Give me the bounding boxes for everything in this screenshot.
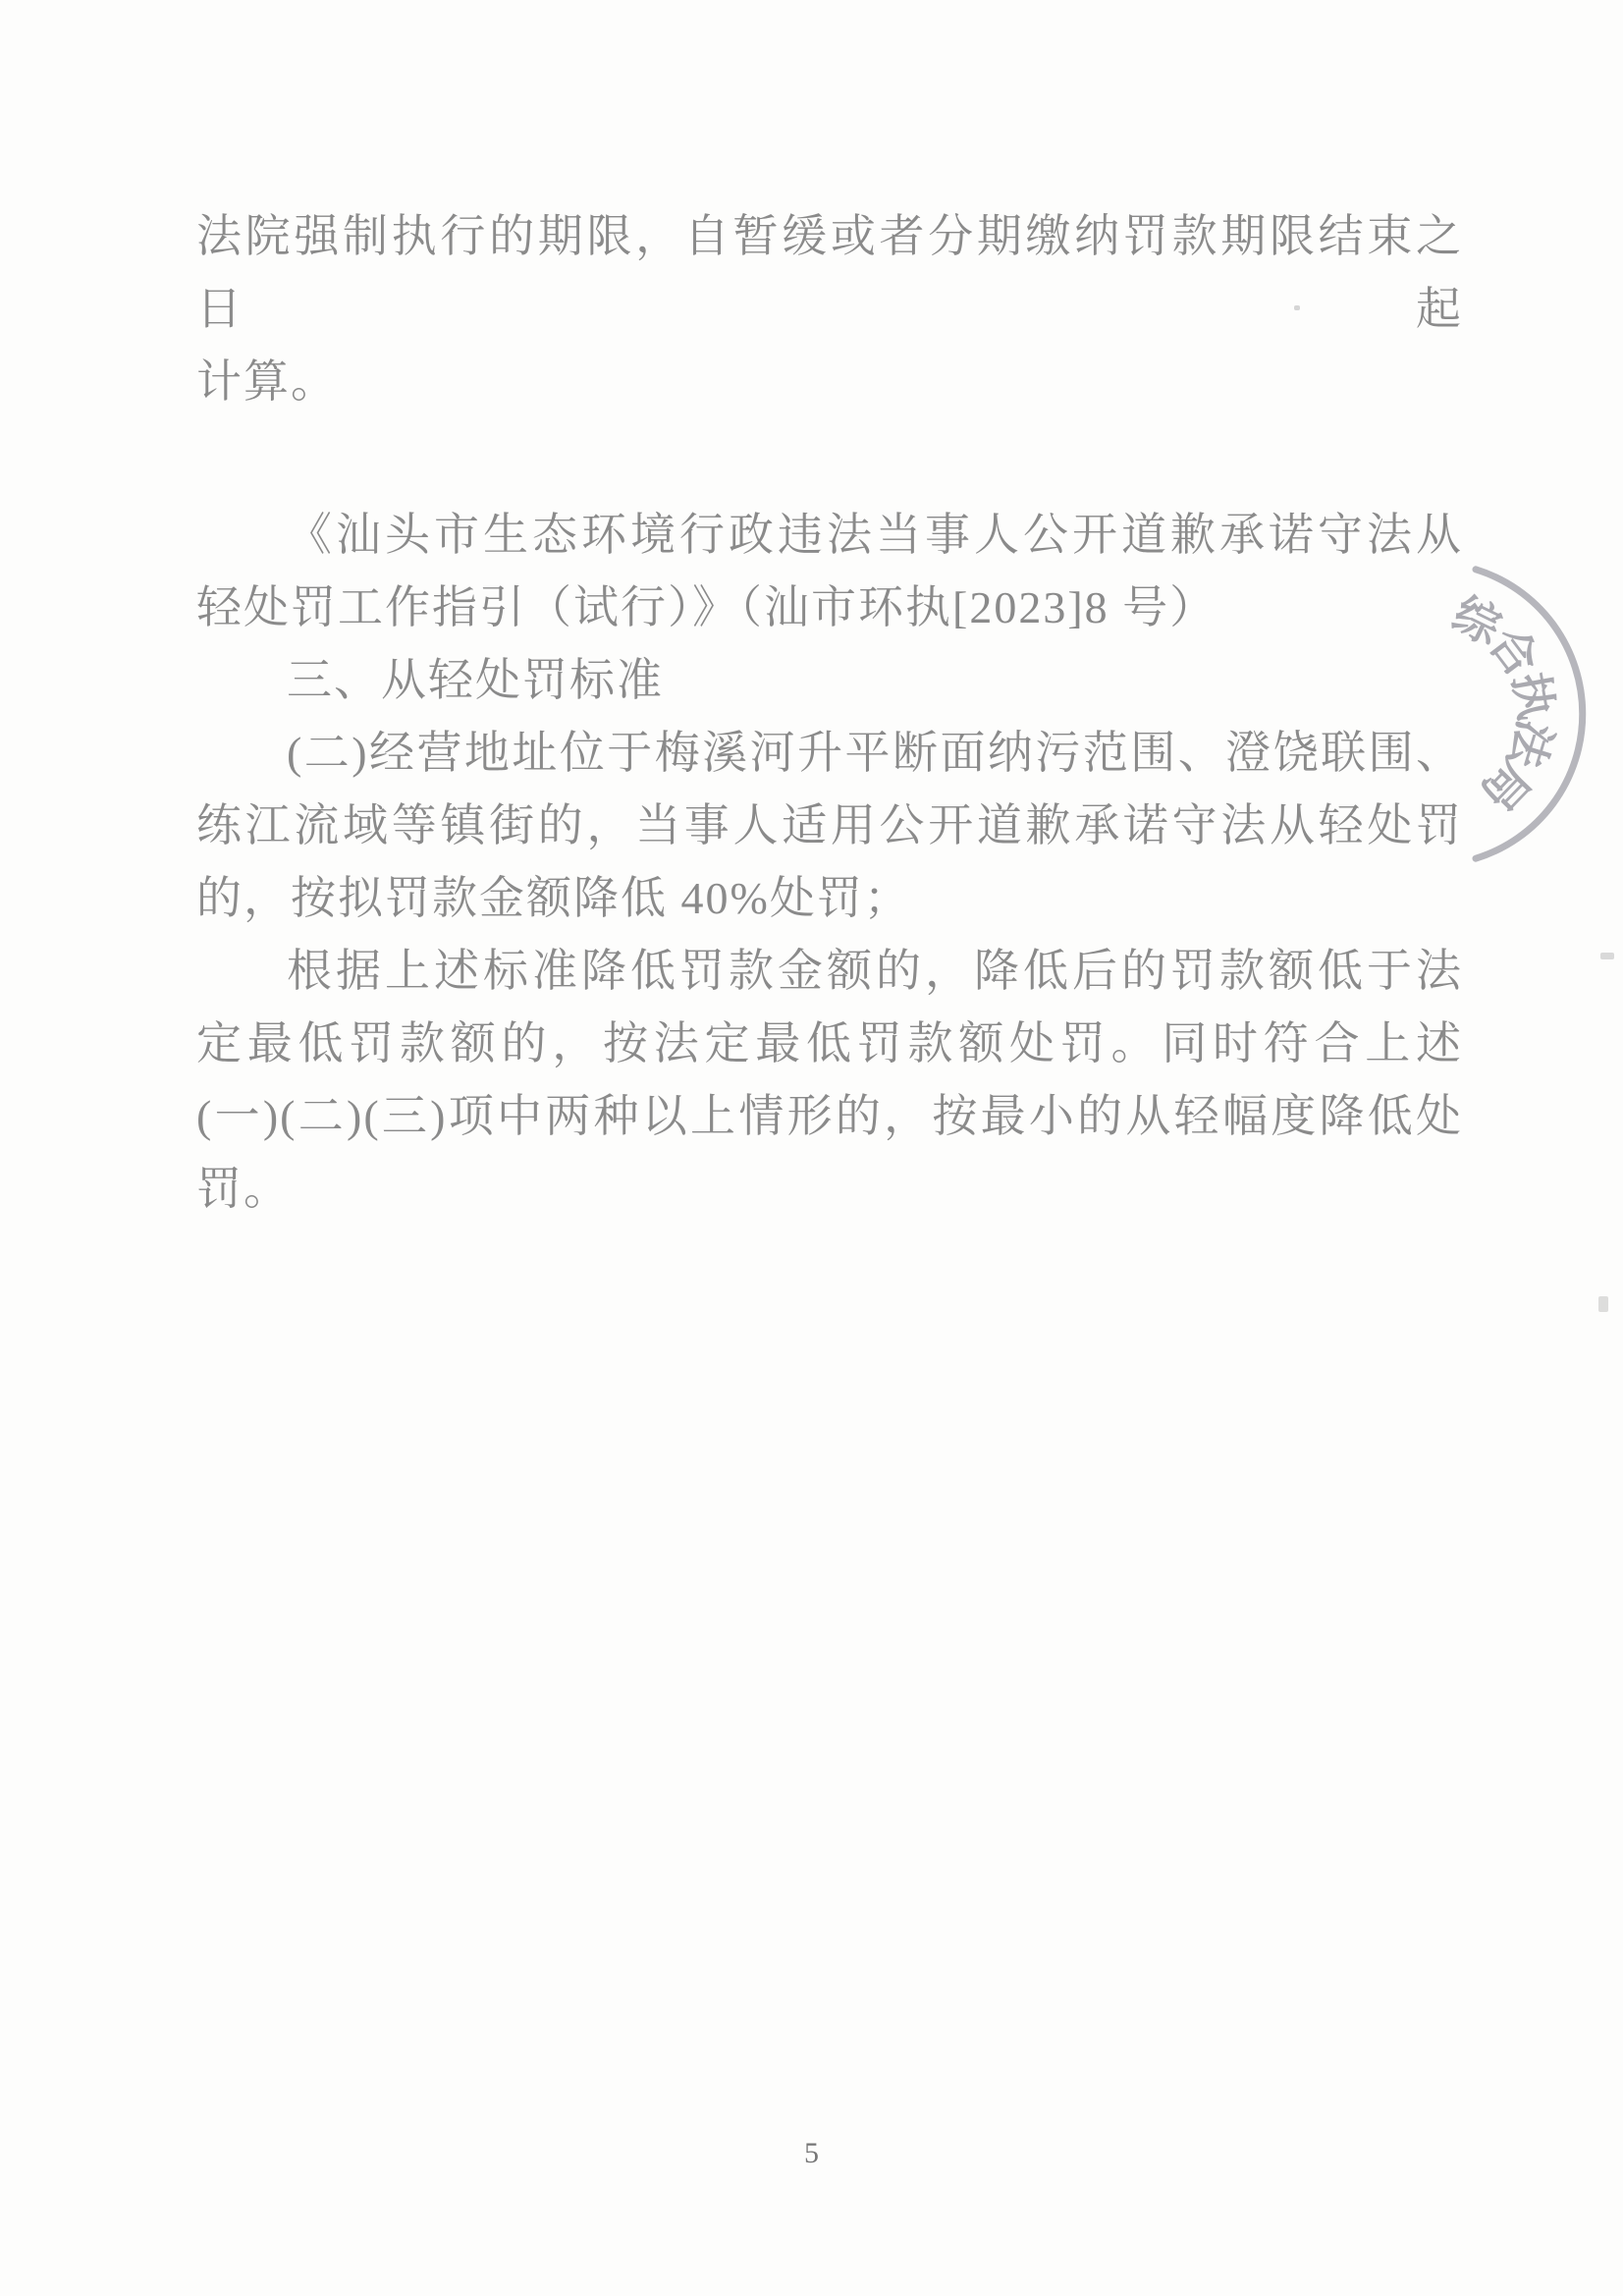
- text-line: 定最低罚款额的，按法定最低罚款额处罚。同时符合上述: [196, 1008, 1463, 1080]
- page-number: 5: [0, 2137, 1623, 2170]
- scan-speck: [1598, 1296, 1608, 1312]
- scan-speck: [1294, 305, 1300, 310]
- text-line: 根据上述标准降低罚款金额的，降低后的罚款额低于法: [196, 935, 1463, 1008]
- text-line: 法院强制执行的期限，自暂缓或者分期缴纳罚款期限结束之日起: [196, 200, 1463, 346]
- text-line: 计算。: [196, 346, 1463, 418]
- text-line: (一)(二)(三)项中两种以上情形的，按最小的从轻幅度降低处: [196, 1080, 1463, 1153]
- scanned-document-page: 法院强制执行的期限，自暂缓或者分期缴纳罚款期限结束之日起 计算。 《汕头市生态环…: [0, 0, 1623, 2296]
- paragraph-gap: [196, 418, 1463, 499]
- scan-speck: [1600, 953, 1614, 959]
- text-line: 罚。: [196, 1153, 1463, 1226]
- official-seal-stamp: 综 合 执 法 局: [1265, 547, 1598, 881]
